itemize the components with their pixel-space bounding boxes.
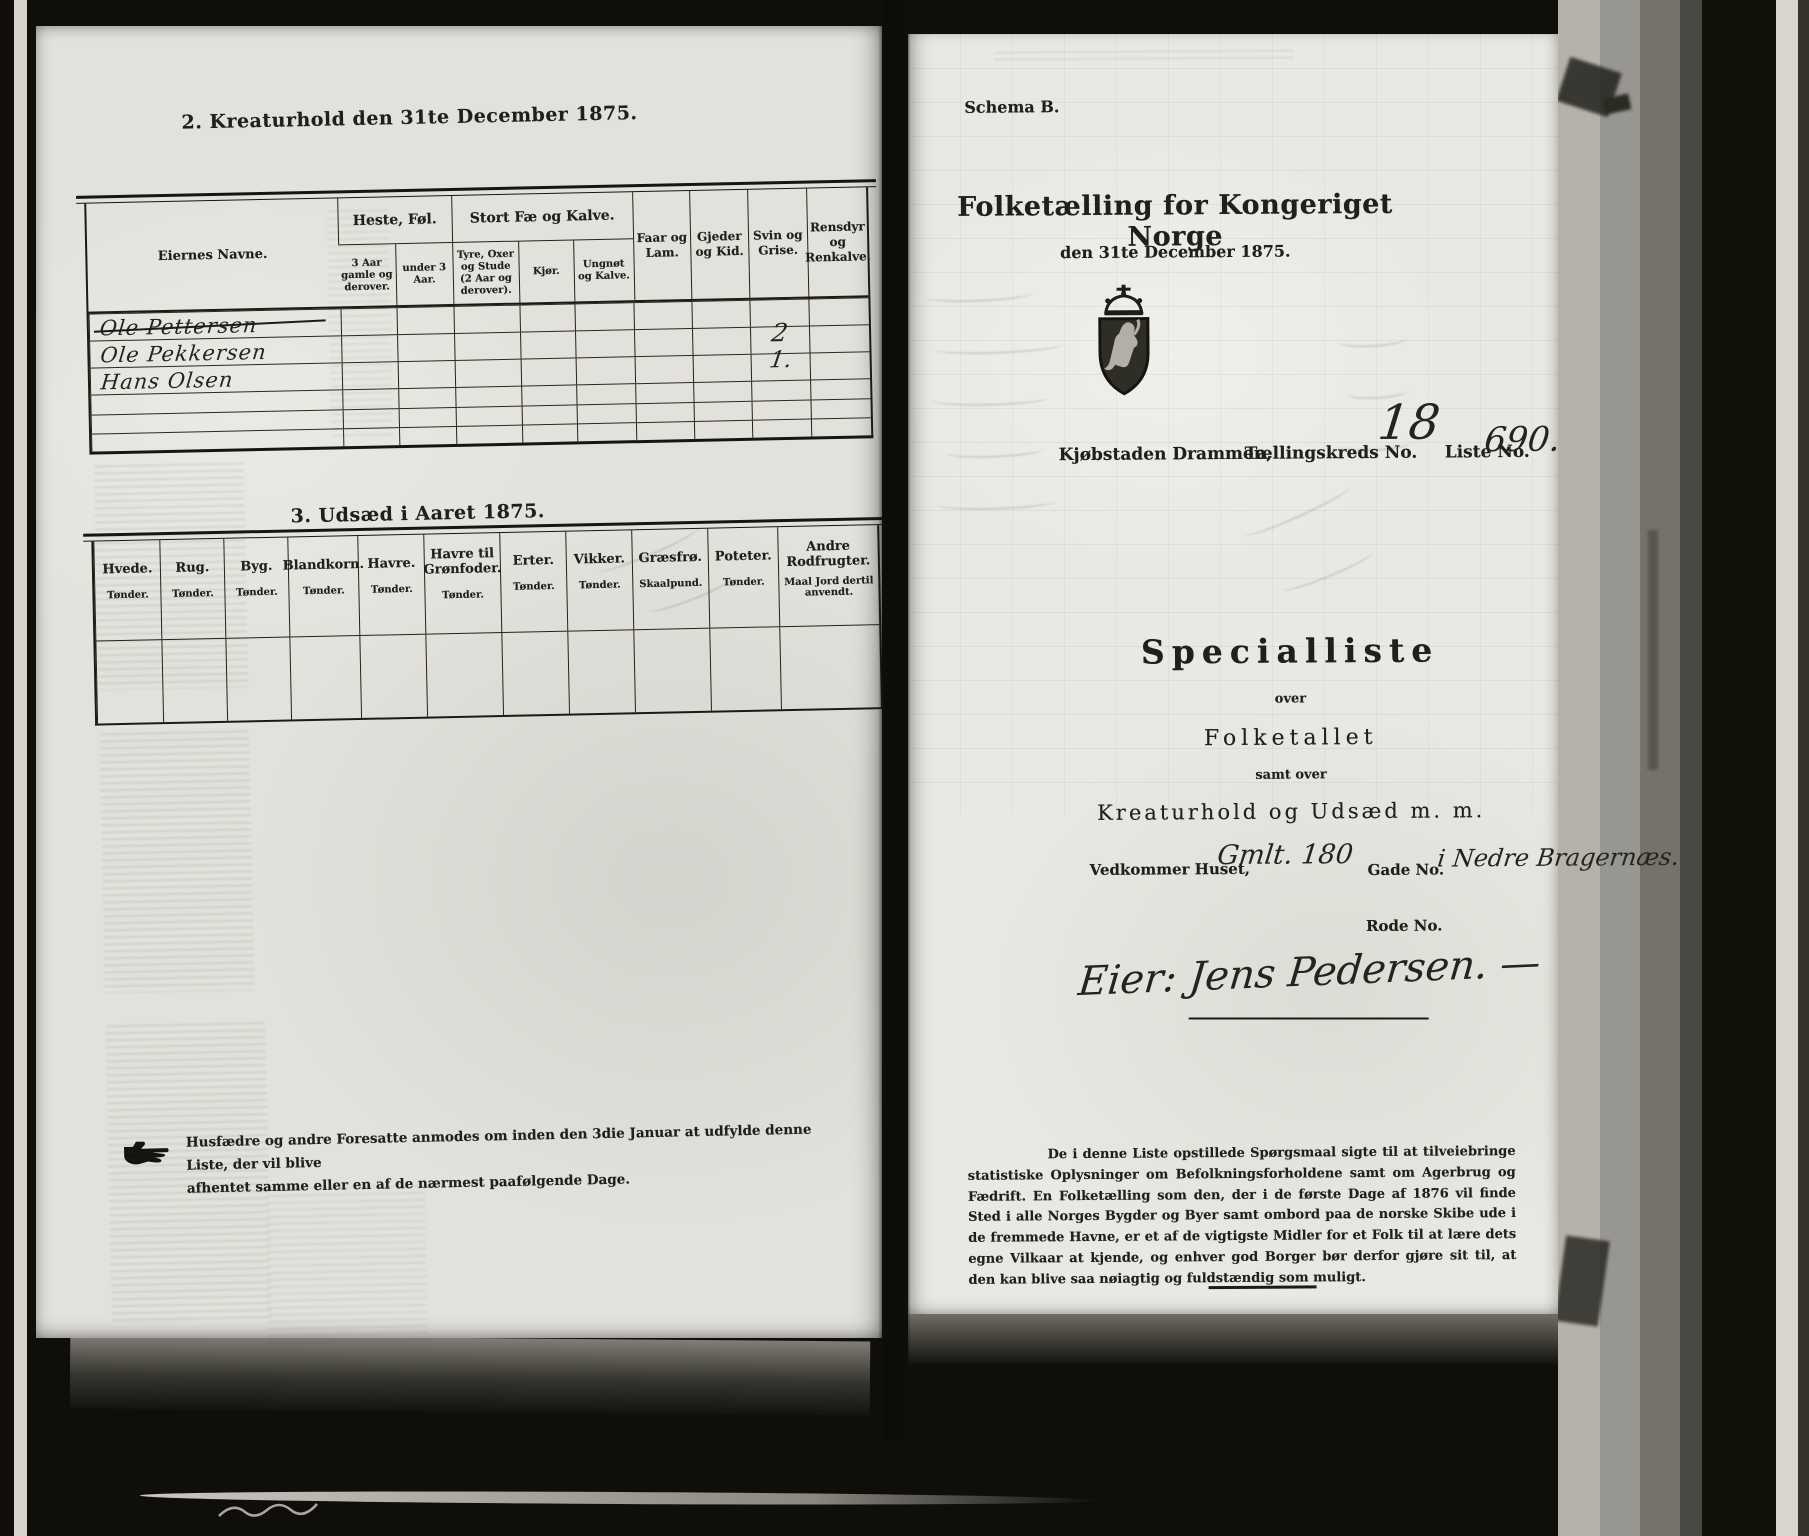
paper-edge-sliver — [1776, 0, 1798, 1536]
bleedthrough-text — [994, 50, 1294, 66]
paper-edge-strip — [1640, 0, 1680, 1536]
column-header-owners: Eiernes Navne. — [86, 198, 339, 311]
bleedthrough-text — [265, 1185, 428, 1348]
column-header-pigs: Svin og Grise. — [747, 189, 809, 298]
bleedthrough-text — [326, 209, 393, 440]
subcolumn-bulls-oxen: Tyre, Oxer og Stude (2 Aar og derover). — [452, 242, 519, 304]
crop-column-unit: Tønder. — [513, 581, 555, 593]
kreaturhold-table: Eiernes Navne. Heste, Føl. Stort Fæ og K… — [84, 187, 873, 454]
right-page: Schema B. Folketælling for Kongeriget No… — [908, 34, 1558, 1314]
group-header-cattle: Stort Fæ og Kalve. — [451, 192, 633, 242]
pig-count-handwritten: 1. — [768, 347, 794, 374]
bleedthrough-scribble — [930, 390, 1050, 407]
column-header-sheep: Faar og Lam. — [632, 191, 692, 300]
speciallist-over: over — [1090, 690, 1490, 708]
bleedthrough-scribble — [1279, 545, 1377, 596]
bleedthrough-text — [94, 462, 249, 690]
crop-column-unit: Tønder. — [442, 589, 484, 601]
speciallist-folketallet: Folketallet — [1091, 724, 1491, 752]
owner-name-handwritten: Ole Pekkersen — [99, 340, 268, 368]
crop-column-label: Havre til Grønfoder. — [423, 547, 501, 578]
subcolumn-cows: Kjør. — [518, 240, 574, 302]
bleedthrough-scribble — [934, 337, 1064, 356]
owner-signature-handwritten: Eier: Jens Pedersen. — — [1076, 940, 1542, 1006]
owner-name-handwritten: Hans Olsen — [100, 368, 235, 395]
page-gutter-shadow — [878, 0, 910, 1440]
street-label: Gade No. — [1368, 860, 1445, 879]
crop-column-unit: Tønder. — [371, 584, 413, 596]
page-under-edge — [70, 1335, 871, 1416]
subcolumn-young-cattle: Ungnøt og Kalve. — [573, 239, 634, 301]
crop-column-label: Havre. — [367, 557, 415, 573]
paper-edge-strip — [1600, 0, 1640, 1536]
house-number-handwritten: Gmlt. 180 — [1216, 839, 1355, 871]
bleedthrough-scribble — [1338, 331, 1409, 349]
list-number-handwritten: 690. — [1482, 420, 1562, 461]
section-2-title: 2. Kreaturhold den 31te December 1875. — [144, 101, 674, 134]
paper-edge-strip — [1798, 0, 1809, 1536]
chalk-mark — [215, 1494, 335, 1524]
kreaturhold-header: Eiernes Navne. Heste, Føl. Stort Fæ og K… — [86, 187, 868, 313]
crop-column-label: Blandkorn. — [283, 558, 365, 575]
crop-column-label: Erter. — [513, 554, 555, 570]
page-under-edge — [908, 1314, 1558, 1364]
paper-edge-strip — [1680, 0, 1702, 1536]
street-name-handwritten: i Nedre Bragernæs. — [1436, 843, 1681, 873]
speciallist-title: Specialliste — [1090, 630, 1490, 672]
crop-column-label: Andre Rodfrugter. — [781, 539, 875, 571]
pig-count-handwritten: 2 — [770, 318, 790, 344]
census-document-scan: 2. Kreaturhold den 31te December 1875. E… — [0, 0, 1809, 1536]
rode-label: Rode No. — [1366, 917, 1443, 936]
left-page: 2. Kreaturhold den 31te December 1875. E… — [36, 26, 882, 1338]
norway-coat-of-arms — [1092, 282, 1157, 400]
bleedthrough-scribble — [1240, 479, 1355, 541]
crop-column-label: Poteter. — [715, 549, 772, 565]
city-label: Kjøbstaden Drammen, — [1059, 444, 1272, 465]
bleedthrough-text — [99, 730, 254, 993]
speciallist-samt-over: samt over — [1091, 766, 1491, 784]
left-page-edge-sliver — [14, 0, 27, 1536]
date-line: den 31te December 1875. — [905, 240, 1445, 263]
crop-column-unit: Tønder. — [303, 585, 345, 597]
subcolumn-horses-under3: under 3 Aar. — [395, 243, 453, 305]
schema-label: Schema B. — [964, 97, 1059, 117]
bleedthrough-scribble — [937, 494, 1057, 512]
column-header-reindeer: Rensdyr og Renkalve. — [806, 187, 868, 296]
bleedthrough-scribble — [923, 285, 1033, 304]
speciallist-kreaturhold: Kreaturhold og Udsæd m. m. — [1051, 798, 1531, 825]
book-edge-shadow — [1702, 0, 1776, 1536]
info-paragraph: De i denne Liste opstillede Spørgsmaal s… — [968, 1142, 1517, 1291]
bleedthrough-scribble — [944, 442, 1044, 460]
bleedthrough-text — [105, 1022, 271, 1325]
crop-column-unit: Tønder. — [579, 579, 621, 591]
crop-column-unit: Maal Jord dertil anvendt. — [782, 575, 875, 600]
signature-underline — [1189, 1017, 1429, 1019]
edge-streak — [1648, 530, 1658, 770]
column-header-goats: Gjeder og Kid. — [689, 190, 749, 299]
